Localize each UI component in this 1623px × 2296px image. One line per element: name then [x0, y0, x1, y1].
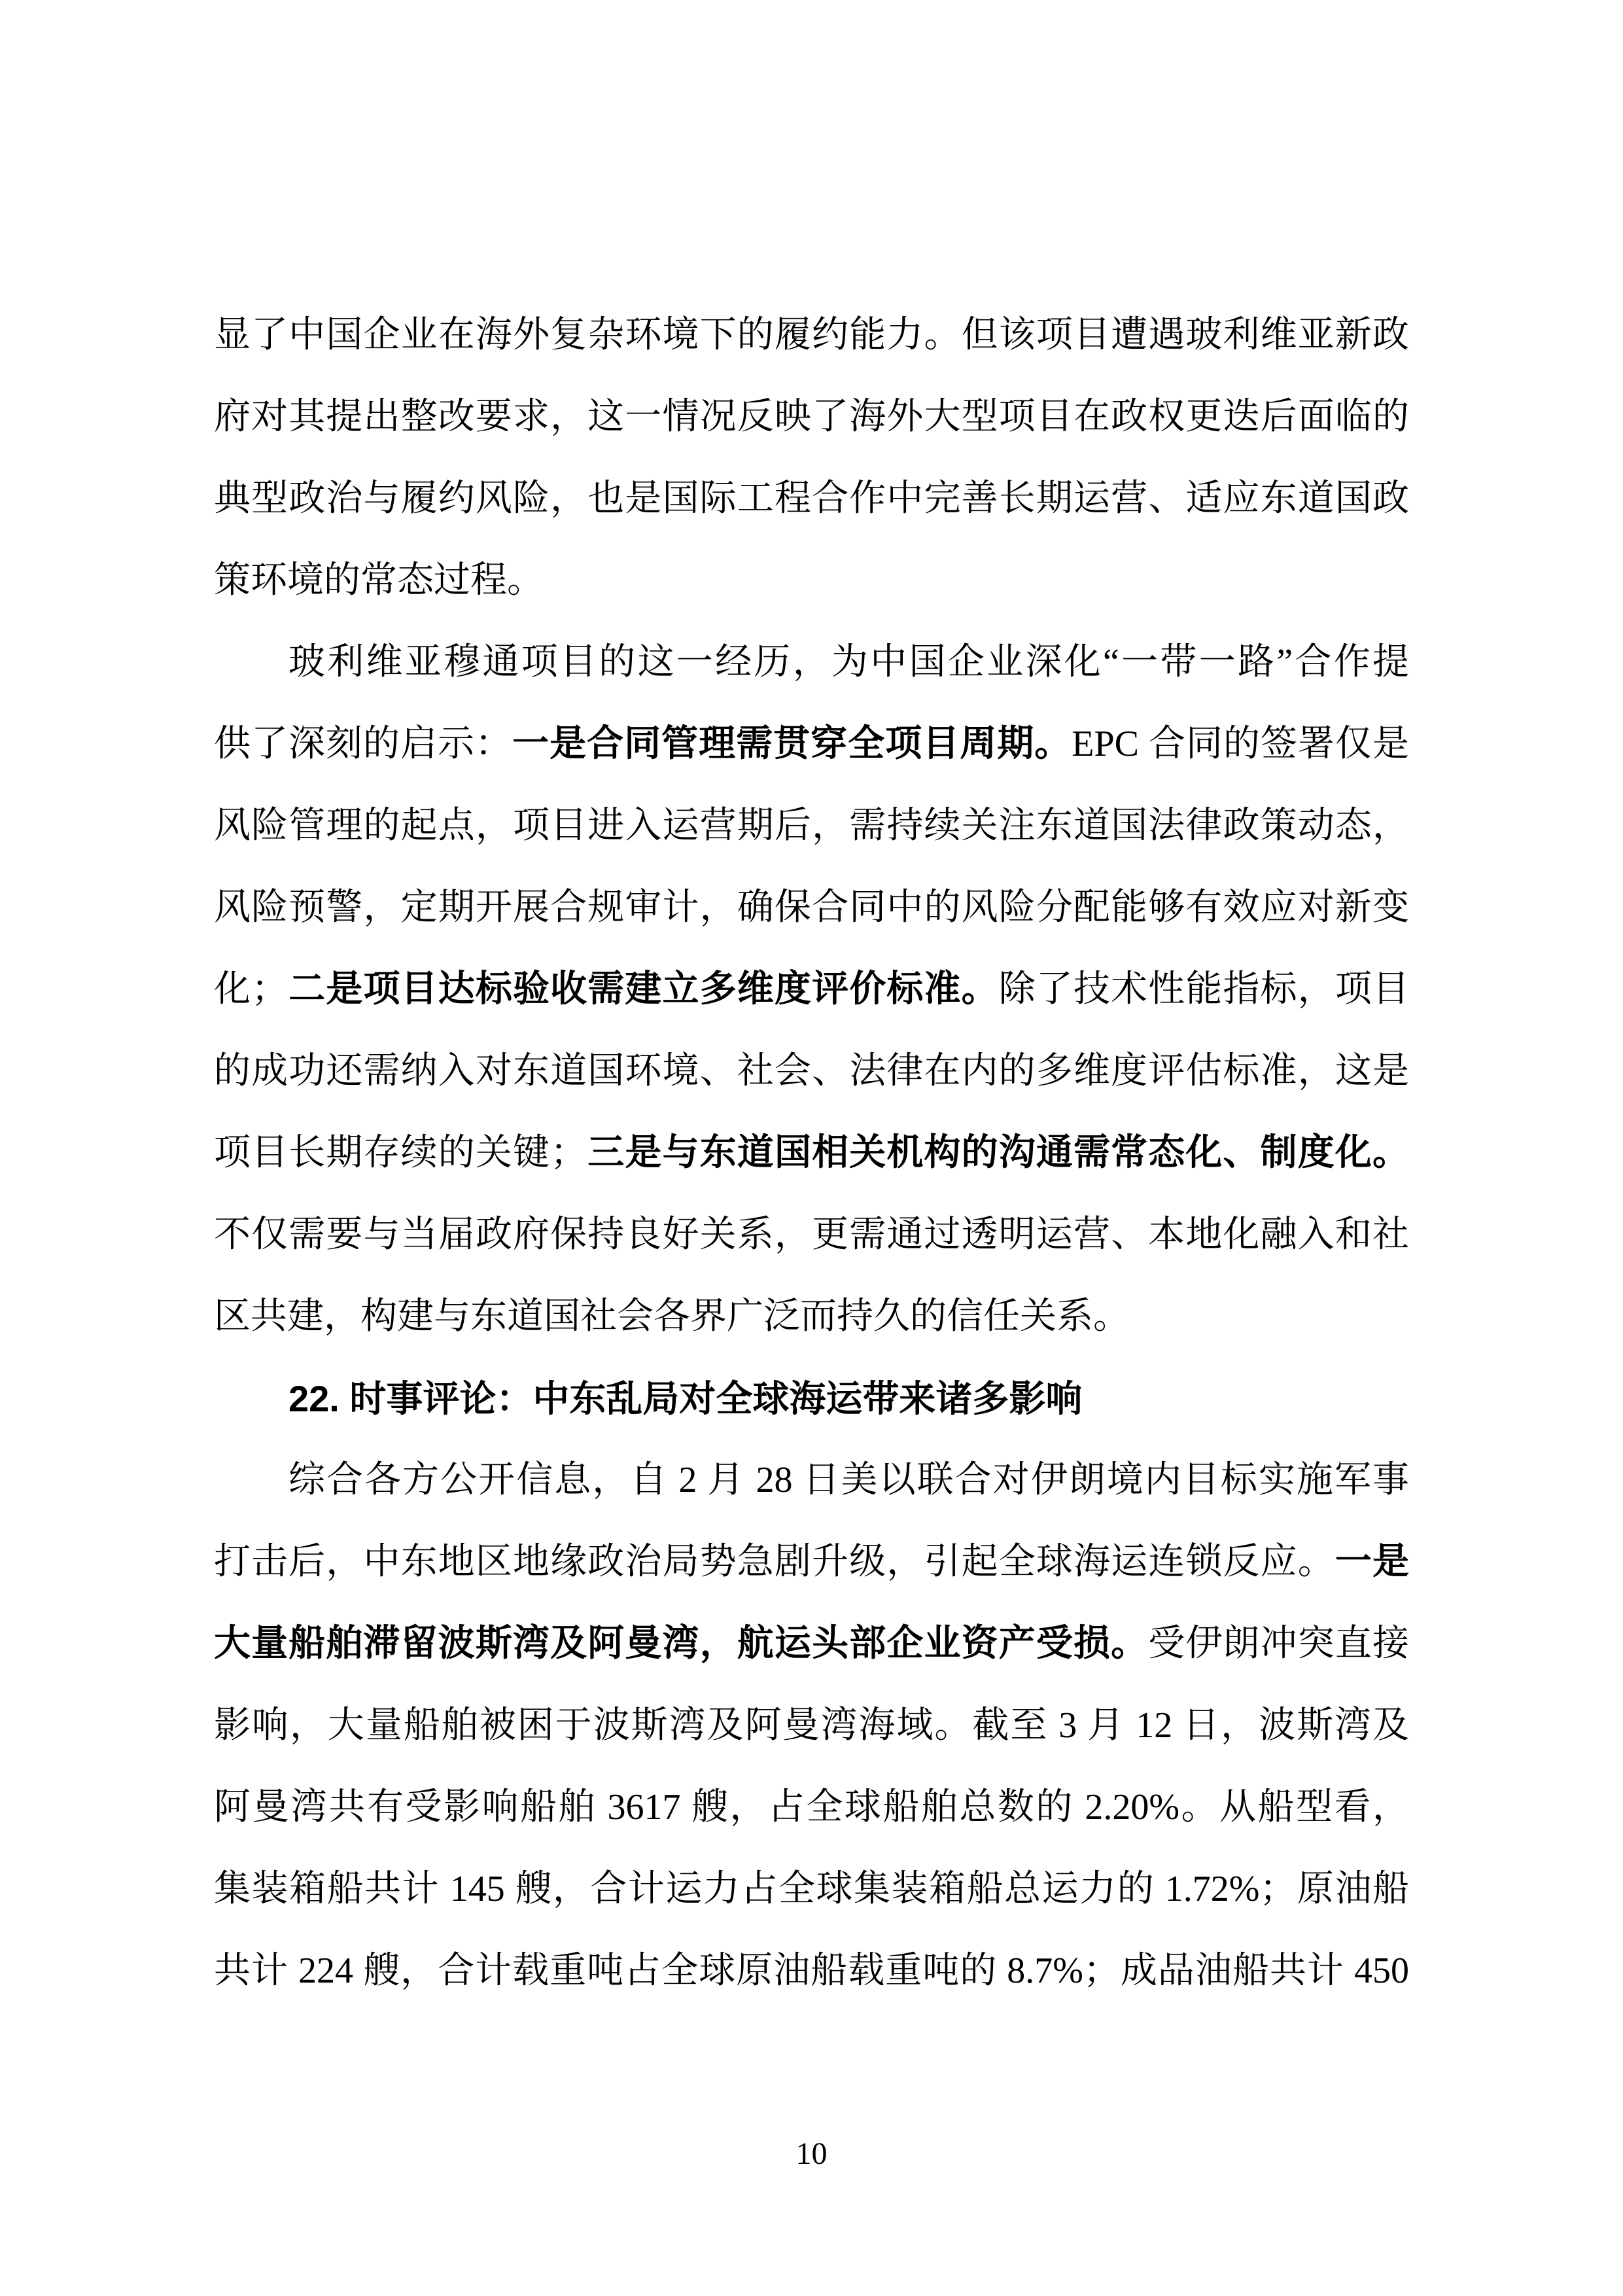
text-line: 化；二是项目达标验收需建立多维度评价标准。除了技术性能指标，项目 — [214, 949, 1409, 1031]
text-run: 风险预警，定期开展合规审计，确保合同中的风险分配能够有效应对新变 — [214, 887, 1409, 928]
text-line: 不仅需要与当届政府保持良好关系，更需通过透明运营、本地化融入和社 — [214, 1194, 1409, 1276]
text-line: 显了中国企业在海外复杂环境下的履约能力。但该项目遭遇玻利维亚新政 — [214, 294, 1409, 376]
text-line: 策环境的常态过程。 — [214, 540, 1409, 622]
text-run: 供了深刻的启示： — [214, 724, 512, 764]
text-line: 典型政治与履约风险，也是国际工程合作中完善长期运营、适应东道国政 — [214, 458, 1409, 540]
document-text-body: 显了中国企业在海外复杂环境下的履约能力。但该项目遭遇玻利维亚新政府对其提出整改要… — [214, 294, 1409, 2012]
text-line: 影响，大量船舶被困于波斯湾及阿曼湾海域。截至 3 月 12 日，波斯湾及 — [214, 1685, 1409, 1767]
text-line: 玻利维亚穆通项目的这一经历，为中国企业深化“一带一路”合作提 — [214, 622, 1409, 703]
text-run: 典型政治与履约风险，也是国际工程合作中完善长期运营、适应东道国政 — [214, 478, 1409, 519]
text-run: 影响，大量船舶被困于波斯湾及阿曼湾海域。截至 3 月 12 日，波斯湾及 — [214, 1705, 1409, 1746]
bold-text-run: 三是与东道国相关机构的沟通需常态化、制度化。 — [587, 1133, 1409, 1173]
text-line: 大量船舶滞留波斯湾及阿曼湾，航运头部企业资产受损。受伊朗冲突直接 — [214, 1603, 1409, 1685]
text-run: 的成功还需纳入对东道国环境、社会、法律在内的多维度评估标准，这是 — [214, 1051, 1409, 1091]
text-line: 共计 224 艘，合计载重吨占全球原油船载重吨的 8.7%；成品油船共计 450 — [214, 1930, 1409, 2012]
bold-text-run: 一是 — [1335, 1542, 1409, 1582]
text-run: 除了技术性能指标，项目 — [999, 969, 1409, 1010]
text-run: 区共建，构建与东道国社会各界广泛而持久的信任关系。 — [214, 1296, 1130, 1337]
text-run: 不仅需要与当届政府保持良好关系，更需通过透明运营、本地化融入和社 — [214, 1214, 1409, 1255]
text-run: 风险管理的起点，项目进入运营期后，需持续关注东道国法律政策动态， — [214, 805, 1409, 846]
text-run: 项目长期存续的关键； — [214, 1133, 587, 1173]
bold-text-run: 22. 时事评论：中东乱局对全球海运带来诸多影响 — [288, 1378, 1082, 1419]
text-line: 打击后，中东地区地缘政治局势急剧升级，引起全球海运连锁反应。一是 — [214, 1521, 1409, 1603]
page-number: 10 — [0, 2134, 1623, 2174]
text-line: 府对其提出整改要求，这一情况反映了海外大型项目在政权更迭后面临的 — [214, 376, 1409, 458]
text-run: 综合各方公开信息，自 2 月 28 日美以联合对伊朗境内目标实施军事 — [288, 1460, 1409, 1500]
text-run: EPC 合同的签署仅是 — [1072, 724, 1409, 764]
text-run: 打击后，中东地区地缘政治局势急剧升级，引起全球海运连锁反应。 — [214, 1542, 1335, 1582]
text-line: 综合各方公开信息，自 2 月 28 日美以联合对伊朗境内目标实施军事 — [214, 1439, 1409, 1521]
text-run: 玻利维亚穆通项目的这一经历，为中国企业深化“一带一路”合作提 — [288, 642, 1409, 682]
text-line: 阿曼湾共有受影响船舶 3617 艘，占全球船舶总数的 2.20%。从船型看， — [214, 1767, 1409, 1848]
text-line: 集装箱船共计 145 艘，合计运力占全球集装箱船总运力的 1.72%；原油船 — [214, 1848, 1409, 1930]
text-line: 供了深刻的启示：一是合同管理需贯穿全项目周期。EPC 合同的签署仅是 — [214, 703, 1409, 785]
text-line: 的成功还需纳入对东道国环境、社会、法律在内的多维度评估标准，这是 — [214, 1031, 1409, 1112]
text-run: 策环境的常态过程。 — [214, 560, 544, 601]
text-run: 府对其提出整改要求，这一情况反映了海外大型项目在政权更迭后面临的 — [214, 397, 1409, 437]
text-line: 风险预警，定期开展合规审计，确保合同中的风险分配能够有效应对新变 — [214, 867, 1409, 949]
text-run: 集装箱船共计 145 艘，合计运力占全球集装箱船总运力的 1.72%；原油船 — [214, 1869, 1409, 1909]
text-run: 阿曼湾共有受影响船舶 3617 艘，占全球船舶总数的 2.20%。从船型看， — [214, 1787, 1409, 1828]
bold-text-run: 二是项目达标验收需建立多维度评价标准。 — [288, 969, 999, 1010]
bold-text-run: 一是合同管理需贯穿全项目周期。 — [512, 724, 1072, 764]
text-line: 区共建，构建与东道国社会各界广泛而持久的信任关系。 — [214, 1276, 1409, 1358]
bold-text-run: 大量船舶滞留波斯湾及阿曼湾，航运头部企业资产受损。 — [214, 1623, 1148, 1664]
text-line: 风险管理的起点，项目进入运营期后，需持续关注东道国法律政策动态， — [214, 785, 1409, 867]
text-run: 化； — [214, 969, 288, 1010]
section-heading: 22. 时事评论：中东乱局对全球海运带来诸多影响 — [214, 1358, 1409, 1439]
text-run: 共计 224 艘，合计载重吨占全球原油船载重吨的 8.7%；成品油船共计 450 — [214, 1951, 1409, 1991]
text-line: 项目长期存续的关键；三是与东道国相关机构的沟通需常态化、制度化。 — [214, 1112, 1409, 1194]
text-run: 受伊朗冲突直接 — [1148, 1623, 1409, 1664]
text-run: 显了中国企业在海外复杂环境下的履约能力。但该项目遭遇玻利维亚新政 — [214, 315, 1409, 355]
document-page: 显了中国企业在海外复杂环境下的履约能力。但该项目遭遇玻利维亚新政府对其提出整改要… — [0, 0, 1623, 2296]
